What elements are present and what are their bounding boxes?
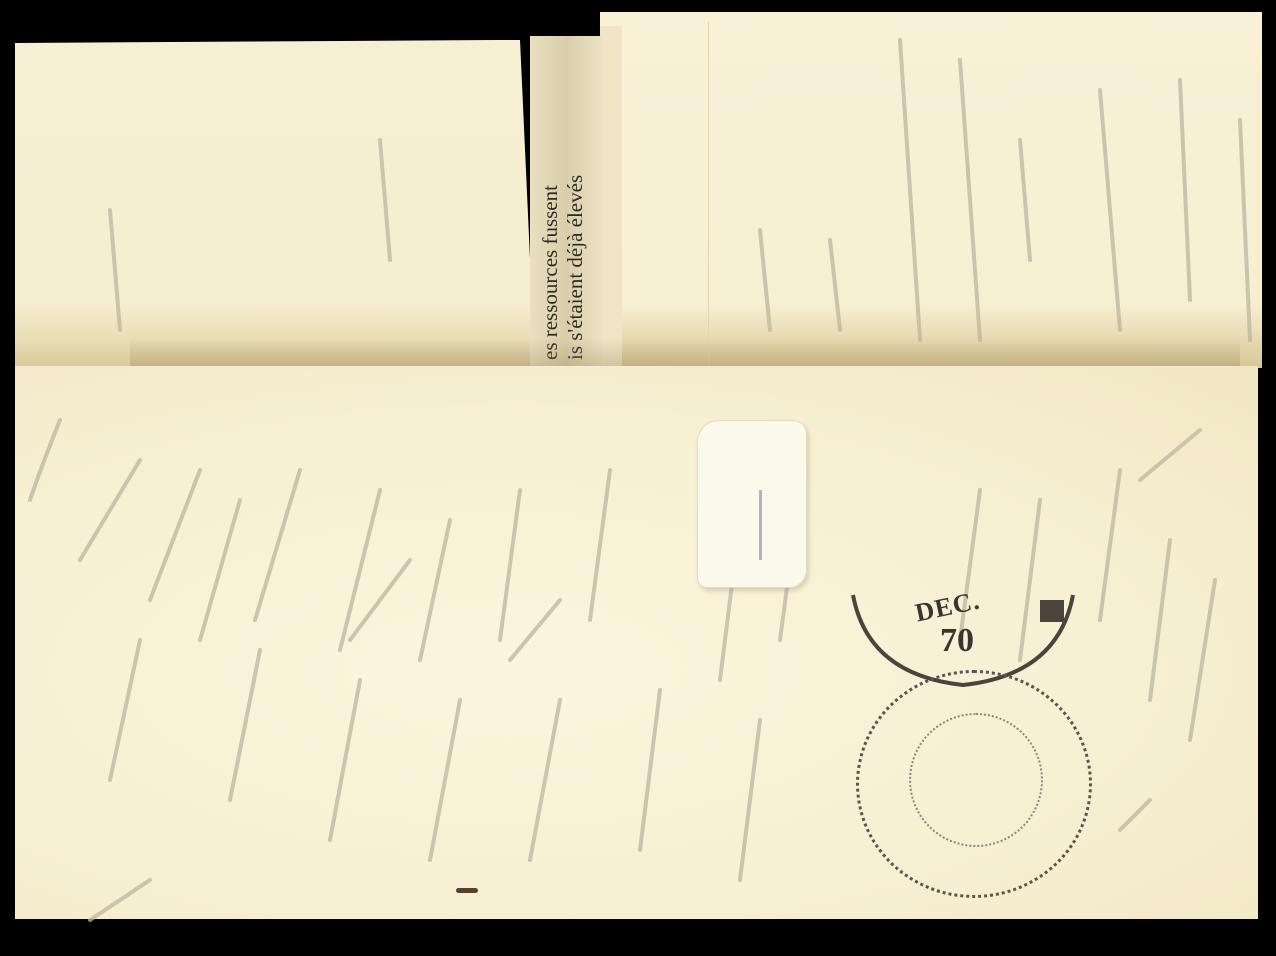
seal-mark	[759, 490, 762, 560]
round-postmark-inner	[909, 713, 1043, 847]
round-postmark	[856, 670, 1092, 898]
top-left-flap	[15, 40, 535, 368]
newspaper-text: es ressources fussent is s'étaient déjà …	[530, 36, 602, 370]
ink-spot	[456, 888, 478, 893]
postmark-year: 70	[940, 622, 974, 660]
wafer-seal	[697, 420, 807, 588]
inner-sheet-edge	[600, 26, 622, 368]
newspaper-line-2: is s'étaient déjà élevés	[563, 46, 588, 360]
fold-shadow	[130, 338, 1240, 368]
top-right-flap	[600, 12, 1262, 368]
newspaper-line-1: es ressources fussent	[538, 46, 563, 360]
postmark-box-mark	[1040, 600, 1064, 622]
newspaper-strip: es ressources fussent is s'étaient déjà …	[530, 36, 602, 370]
ruled-margin-line	[708, 22, 709, 367]
